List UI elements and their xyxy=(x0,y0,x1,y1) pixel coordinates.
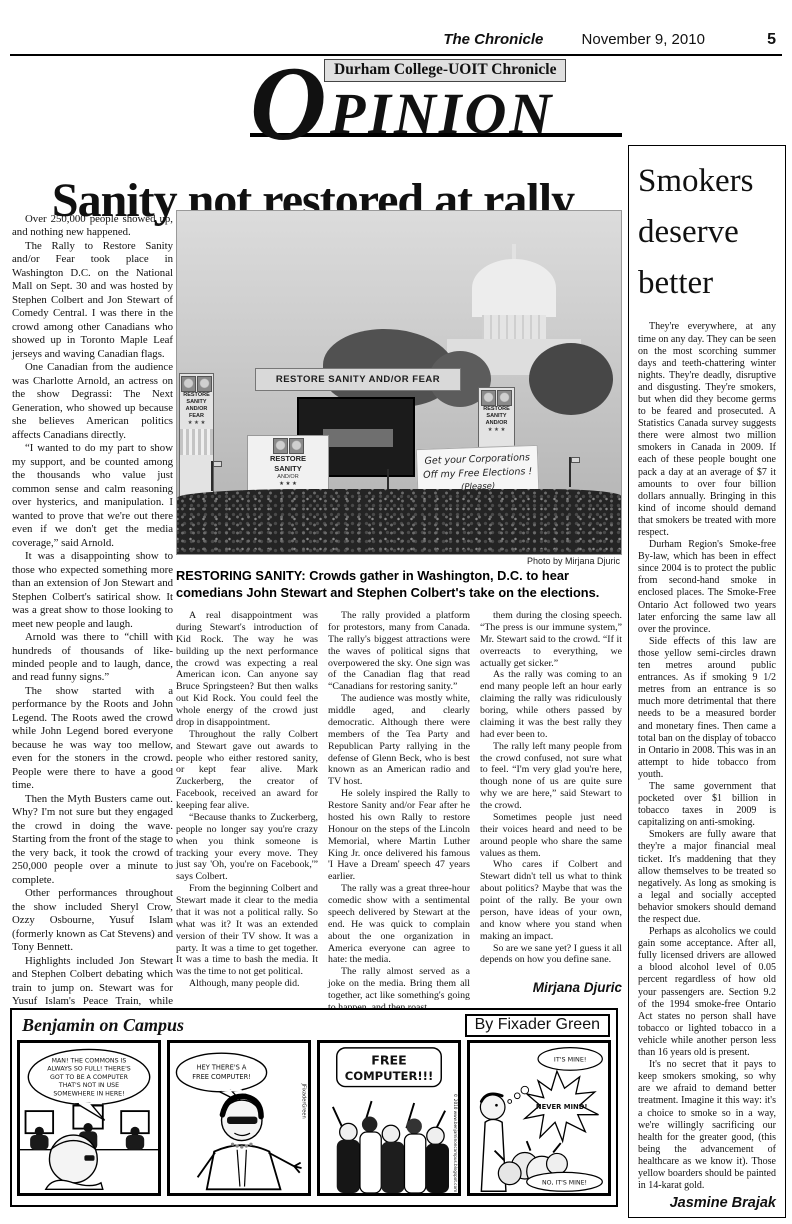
speech-text: THAT'S NOT IN USE xyxy=(58,1082,119,1089)
stars: ★ ★ ★ xyxy=(479,427,514,434)
section-title: PINION xyxy=(330,91,554,137)
paragraph: The same government that pocketed over $… xyxy=(638,781,776,829)
paragraph: The rally was a great three-hour comedic… xyxy=(328,883,470,966)
speech-text: IT'S MINE! xyxy=(554,1056,587,1064)
caption-label: RESTORING SANITY: xyxy=(176,568,306,583)
stage-banner: RESTORE SANITY AND/OR FEAR xyxy=(255,368,461,391)
sign-text: RESTORE xyxy=(248,454,328,464)
paragraph: It was a disappointing show to those who… xyxy=(12,550,173,631)
panel-4-art: IT'S MINE! NEVER MIND! xyxy=(470,1043,608,1193)
portrait xyxy=(481,390,496,406)
photo-caption: RESTORING SANITY: Crowds gather in Washi… xyxy=(176,568,624,601)
portraits xyxy=(479,388,514,406)
banner-text: AND/OR xyxy=(479,420,514,427)
paper-name: The Chronicle xyxy=(443,31,543,48)
banner-text: SANITY xyxy=(479,413,514,420)
rally-photo: RESTORE SANITY AND/OR FEAR RESTORE SANIT… xyxy=(176,210,622,555)
newspaper-page: The Chronicle November 9, 2010 5 O PINIO… xyxy=(0,0,792,1224)
paragraph: The rally provided a platform for protes… xyxy=(328,610,470,693)
stars: ★ ★ ★ xyxy=(248,481,328,488)
portrait xyxy=(197,376,212,392)
paragraph: them during the closing speech. “The pre… xyxy=(480,610,622,669)
speech-text: GOT TO BE A COMPUTER xyxy=(50,1074,129,1081)
portrait xyxy=(497,390,512,406)
stage-lights xyxy=(323,429,393,447)
sign-text: SANITY xyxy=(248,464,328,474)
paragraph: Perhaps as alcoholics we could gain some… xyxy=(638,926,776,1059)
paragraph: The rally left many people from the crow… xyxy=(480,741,622,812)
paragraph: The rally almost served as a joke on the… xyxy=(328,966,470,1014)
stars: ★ ★ ★ xyxy=(180,420,213,427)
crowd xyxy=(177,489,621,554)
comic-credit-vertical: © 2010 www.benjaminoncampus.blogspot.com xyxy=(453,1093,458,1192)
paragraph: As the rally was coming to an end many p… xyxy=(480,669,622,740)
article-columns: A real disappointment was during Stewart… xyxy=(176,610,622,1014)
left-tower-banner: RESTORE SANITY AND/OR FEAR ★ ★ ★ xyxy=(179,373,214,499)
masthead: The Chronicle November 9, 2010 5 xyxy=(0,31,776,49)
comic-panel-1: MAN! THE COMMONS IS ALWAYS SO FULL! THER… xyxy=(17,1040,161,1196)
article-column-2: A real disappointment was during Stewart… xyxy=(176,610,318,1014)
paragraph: Sometimes people just need their voices … xyxy=(480,812,622,860)
speech-text: HEY THERE'S A xyxy=(197,1064,247,1072)
speech-text: ALWAYS SO FULL! THERE'S xyxy=(47,1066,131,1073)
section-title-initial: O xyxy=(250,61,327,148)
portraits xyxy=(180,374,213,392)
issue-date: November 9, 2010 xyxy=(582,31,705,48)
paragraph: They're everywhere, at any time on any d… xyxy=(638,321,776,539)
comic-title: Benjamin on Campus xyxy=(22,1015,184,1036)
sidebar-headline: Smokers deserve better xyxy=(638,156,776,309)
panel-2-art: HEY THERE'S A FREE COMPUTER! JFixaderGre… xyxy=(170,1043,308,1193)
article-column-4: them during the closing speech. “The pre… xyxy=(480,610,622,1014)
speech-text: MAN! THE COMMONS IS xyxy=(52,1057,127,1064)
paragraph: Over 250,000 people showed up, and nothi… xyxy=(12,213,173,240)
paragraph: The Rally to Restore Sanity and/or Fear … xyxy=(12,240,173,361)
sidebar-article: Smokers deserve better They're everywher… xyxy=(628,145,786,1218)
portraits xyxy=(248,436,328,454)
paragraph: Although, many people did. xyxy=(176,978,318,990)
comic-panels: MAN! THE COMMONS IS ALWAYS SO FULL! THER… xyxy=(12,1040,616,1201)
page-number: 5 xyxy=(767,31,776,48)
paragraph: It's no secret that it pays to keep smok… xyxy=(638,1059,776,1192)
paragraph: A real disappointment was during Stewart… xyxy=(176,610,318,729)
paragraph: He solely inspired the Rally to Restore … xyxy=(328,788,470,883)
capitol-dome xyxy=(472,259,556,317)
banner-text: SANITY xyxy=(180,399,213,406)
paragraph: One Canadian from the audience was Charl… xyxy=(12,361,173,442)
panel-1-art: MAN! THE COMMONS IS ALWAYS SO FULL! THER… xyxy=(20,1043,158,1193)
portrait xyxy=(289,438,304,454)
paragraph: Other performances throughout the show i… xyxy=(12,887,173,954)
comic-strip: Benjamin on Campus By Fixader Green xyxy=(10,1008,618,1207)
paragraph: The show started with a performance by t… xyxy=(12,685,173,793)
paragraph: Durham Region's Smoke-free By-law, which… xyxy=(638,539,776,636)
portrait xyxy=(181,376,196,392)
paragraph: Arnold was there to “chill with hundreds… xyxy=(12,631,173,685)
sidebar-text: They're everywhere, at any time on any d… xyxy=(638,321,776,1192)
column-4-text: them during the closing speech. “The pre… xyxy=(480,610,622,966)
comic-panel-2: HEY THERE'S A FREE COMPUTER! JFixaderGre… xyxy=(167,1040,311,1196)
speech-text: FREE xyxy=(371,1052,406,1067)
banner-stripes xyxy=(180,429,213,455)
paragraph: “I wanted to do my part to show my suppo… xyxy=(12,442,173,550)
banner-text: AND/OR xyxy=(180,406,213,413)
comic-panel-4: IT'S MINE! NEVER MIND! xyxy=(467,1040,611,1196)
article-column-3: The rally provided a platform for protes… xyxy=(328,610,470,1014)
flag xyxy=(213,461,222,467)
paragraph: The audience was mostly white, middle ag… xyxy=(328,693,470,788)
paragraph: Throughout the rally Colbert and Stewart… xyxy=(176,729,318,812)
speech-text: COMPUTER!!! xyxy=(345,1069,434,1083)
paragraph: So are we sane yet? I guess it all depen… xyxy=(480,943,622,967)
banner-text: RESTORE xyxy=(479,406,514,413)
portrait xyxy=(273,438,288,454)
tree xyxy=(529,343,613,415)
article-byline: Mirjana Djuric xyxy=(480,980,622,995)
paragraph: Smokers are fully aware that they're a m… xyxy=(638,829,776,926)
speech-text: NO, IT'S MINE! xyxy=(542,1180,587,1187)
speech-text: SOMEWHERE IN HERE! xyxy=(53,1090,124,1097)
flag xyxy=(571,457,580,463)
comic-header: Benjamin on Campus By Fixader Green xyxy=(12,1010,616,1040)
section-header: O PINION Durham College-UOIT Chronicle xyxy=(250,56,622,137)
paragraph: “Because thanks to Zuckerberg, people no… xyxy=(176,812,318,883)
panel-3-art: FREE COMPUTER!!! © 2010 ww xyxy=(320,1043,458,1193)
sign-text: AND/OR xyxy=(248,474,328,481)
article-column-1: Over 250,000 people showed up, and nothi… xyxy=(12,213,173,1089)
banner-text: RESTORE xyxy=(180,392,213,399)
paragraph: From the beginning Colbert and Stewart m… xyxy=(176,883,318,978)
photo-credit: Photo by Mirjana Djuric xyxy=(176,556,620,566)
artist-signature: JFixaderGreen xyxy=(300,1083,306,1119)
comic-author: By Fixader Green xyxy=(465,1014,610,1037)
paragraph: Who cares if Colbert and Stewart didn't … xyxy=(480,859,622,942)
capitol-drum xyxy=(482,315,546,341)
college-banner: Durham College-UOIT Chronicle xyxy=(324,59,566,82)
paragraph: Then the Myth Busters came out. Why? I'm… xyxy=(12,793,173,887)
banner-text: FEAR xyxy=(180,413,213,420)
paragraph: Side effects of this law are those yello… xyxy=(638,636,776,781)
sidebar-byline: Jasmine Brajak xyxy=(638,1195,776,1211)
speech-text: FREE COMPUTER! xyxy=(192,1073,251,1081)
comic-panel-3: FREE COMPUTER!!! © 2010 ww xyxy=(317,1040,461,1196)
speech-text: NEVER MIND! xyxy=(536,1103,588,1111)
